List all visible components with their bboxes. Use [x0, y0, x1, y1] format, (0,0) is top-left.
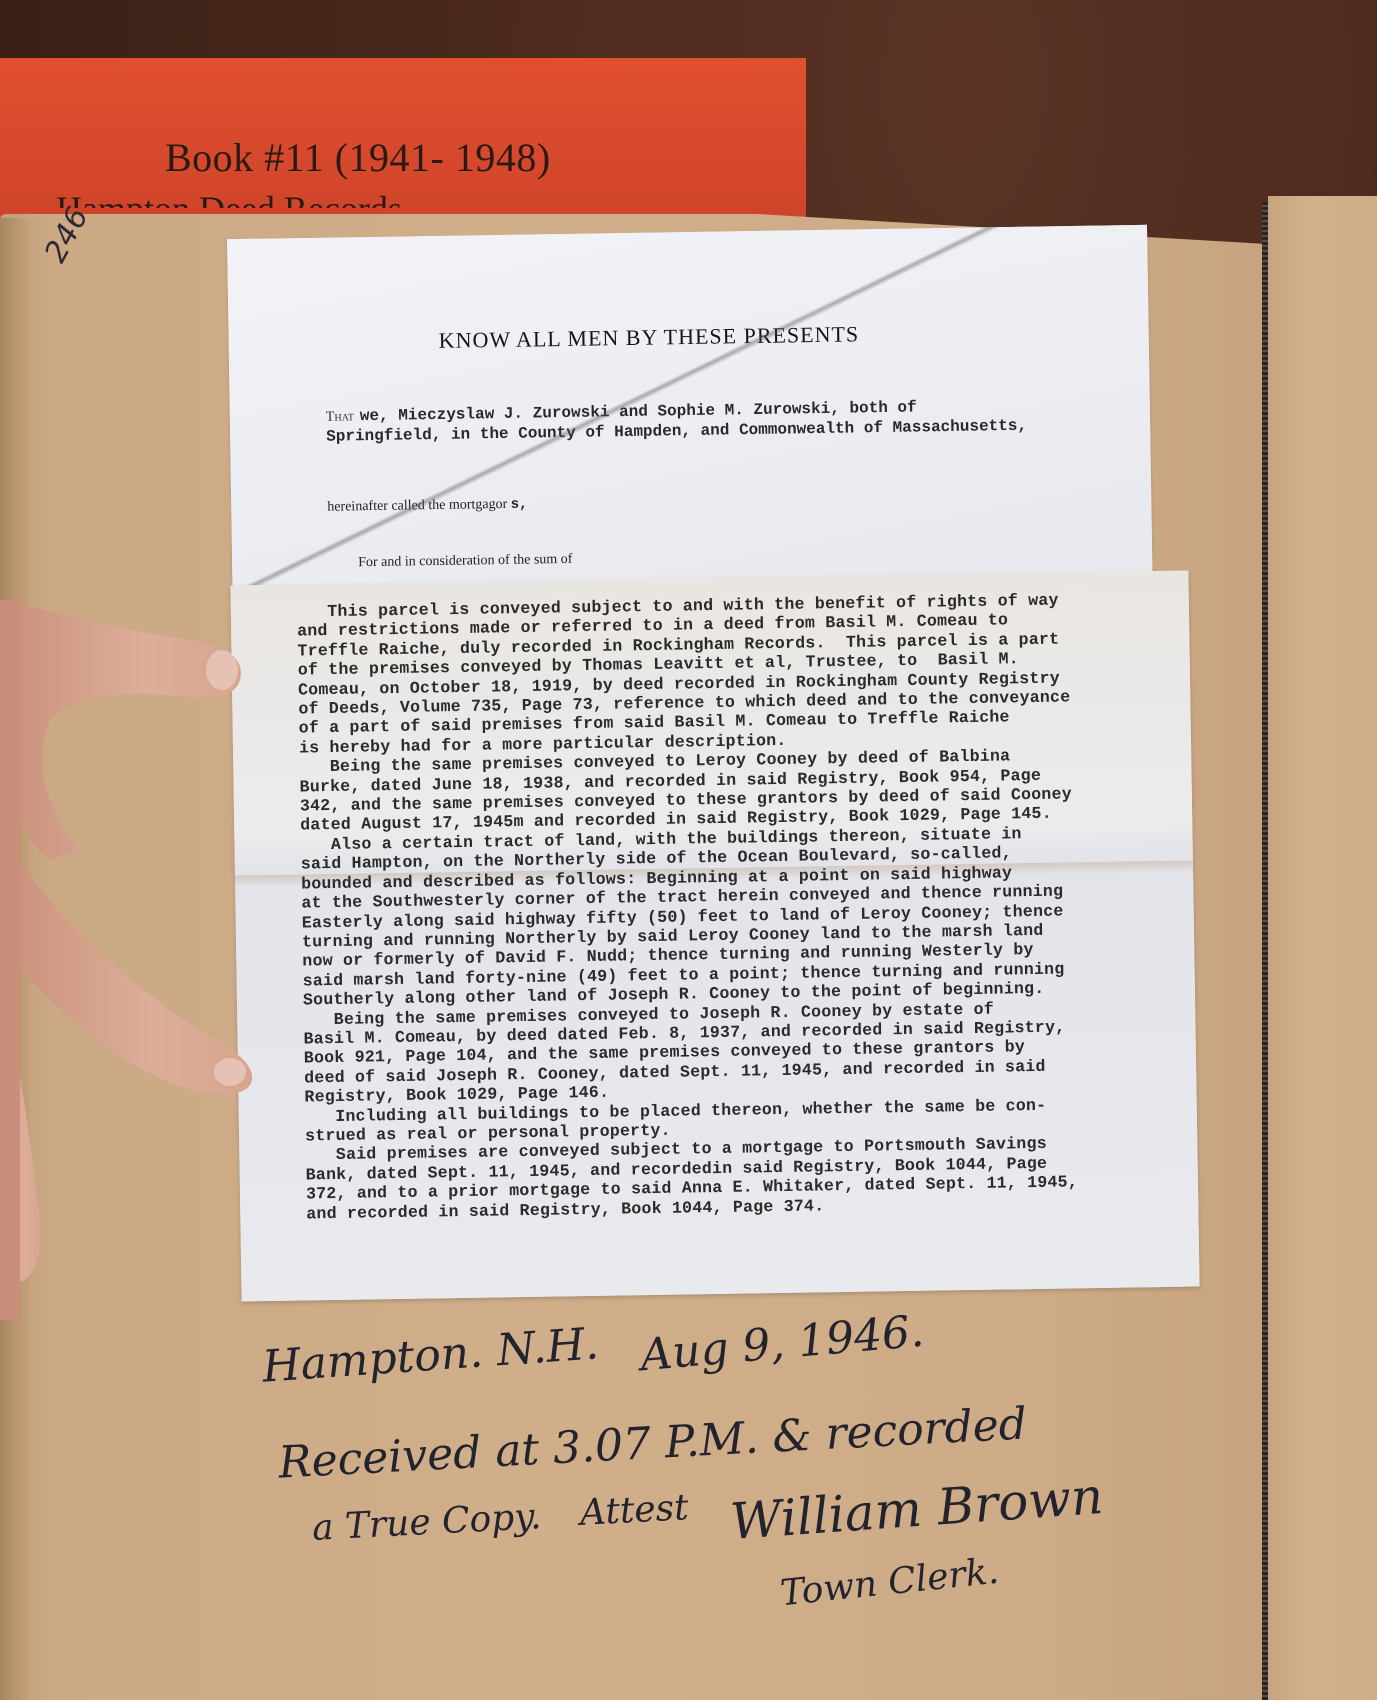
form-heading: KNOW ALL MEN BY THESE PRESENTS: [438, 321, 859, 354]
mortgagor-suffix: s,: [511, 497, 528, 513]
consideration-label: For and in consideration of the sum of: [358, 552, 572, 571]
folder-title: Book #11 (1941- 1948): [165, 134, 551, 181]
handwritten-attest: Attest: [579, 1487, 690, 1534]
mortgage-form-sheet: KNOW ALL MEN BY THESE PRESENTS Thatwe, M…: [227, 225, 1153, 619]
mortgagor-label: hereinafter called the mortgagor: [327, 497, 507, 515]
book-page-edges: [0, 218, 30, 1700]
book-right-page: [1268, 196, 1377, 1700]
deed-description-text: This parcel is conveyed subject to and w…: [297, 589, 1179, 1224]
that-label: That: [326, 409, 354, 424]
mortgagor-line: hereinafter called the mortgagor s,: [327, 497, 528, 516]
typed-deed-insert: This parcel is conveyed subject to and w…: [230, 571, 1199, 1302]
